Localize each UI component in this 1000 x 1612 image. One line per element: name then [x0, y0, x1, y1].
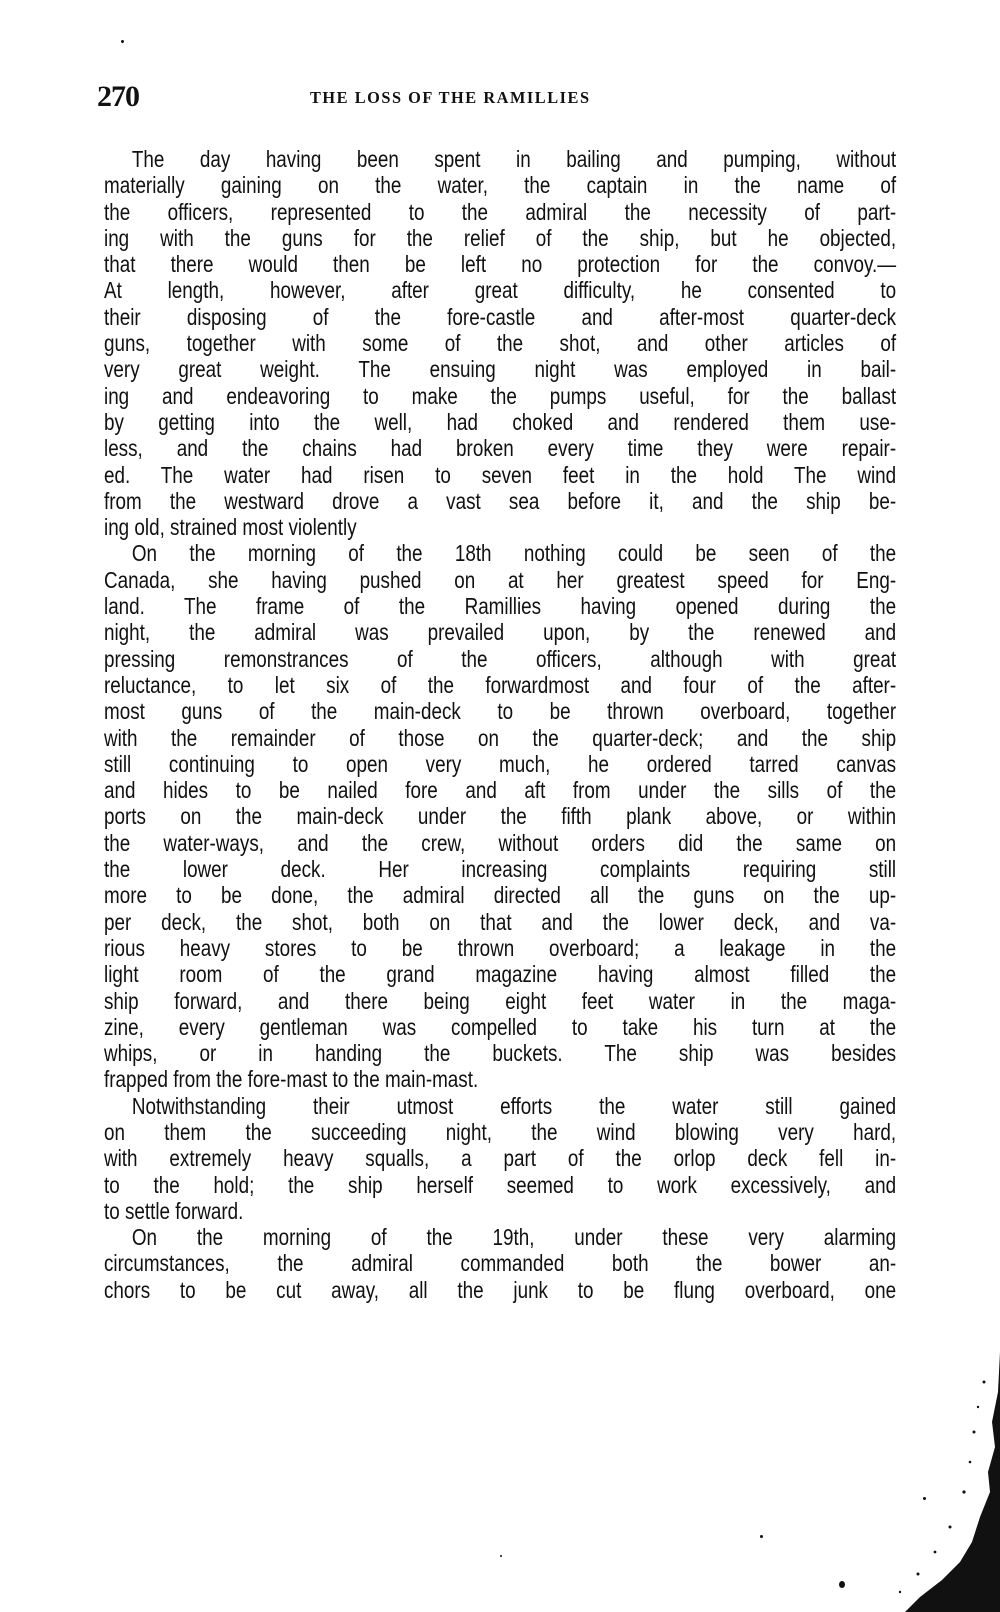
text-line: ship forward, and there being eight feet… [104, 988, 896, 1014]
text-line: land. The frame of the Ramillies having … [104, 593, 896, 619]
text-line: At length, however, after great difficul… [104, 277, 896, 303]
text-line: reluctance, to let six of the forwardmos… [104, 672, 896, 698]
text-line: the water-ways, and the crew, without or… [104, 830, 896, 856]
text-line: On the morning of the 19th, under these … [104, 1224, 896, 1250]
text-line: ports on the main-deck under the fifth p… [104, 803, 896, 829]
running-title: THE LOSS OF THE RAMILLIES [310, 86, 591, 110]
text-line: to the hold; the ship herself seemed to … [104, 1172, 896, 1198]
text-line: more to be done, the admiral directed al… [104, 882, 896, 908]
text-line: night, the admiral was prevailed upon, b… [104, 619, 896, 645]
text-line: from the westward drove a vast sea befor… [104, 488, 896, 514]
text-line: guns, together with some of the shot, an… [104, 330, 896, 356]
text-line: and hides to be nailed fore and aft from… [104, 777, 896, 803]
text-line: on them the succeeding night, the wind b… [104, 1119, 896, 1145]
text-line: Notwithstanding their utmost efforts the… [104, 1093, 896, 1119]
scan-edge-shadow [880, 1352, 1000, 1612]
text-line: pressing remonstrances of the officers, … [104, 646, 896, 672]
text-line: per deck, the shot, both on that and the… [104, 909, 896, 935]
text-line: less, and the chains had broken every ti… [104, 435, 896, 461]
text-line: materially gaining on the water, the cap… [104, 172, 896, 198]
text-line: the officers, represented to the admiral… [104, 199, 896, 225]
text-line: rious heavy stores to be thrown overboar… [104, 935, 896, 961]
text-line: whips, or in handing the buckets. The sh… [104, 1040, 896, 1066]
scan-speck [839, 1581, 845, 1588]
text-line: with extremely heavy squalls, a part of … [104, 1145, 896, 1171]
scan-speck [121, 40, 124, 43]
text-line: ed. The water had risen to seven feet in… [104, 462, 896, 488]
text-line: Canada, she having pushed on at her grea… [104, 567, 896, 593]
running-head: 270 THE LOSS OF THE RAMILLIES [97, 80, 897, 114]
text-line: by getting into the well, had choked and… [104, 409, 896, 435]
text-line: circumstances, the admiral commanded bot… [104, 1250, 896, 1276]
text-line: ing and endeavoring to make the pumps us… [104, 383, 896, 409]
text-line: On the morning of the 18th nothing could… [104, 540, 896, 566]
text-line: chors to be cut away, all the junk to be… [104, 1277, 896, 1303]
book-page: 270 THE LOSS OF THE RAMILLIES The day ha… [0, 0, 1000, 1612]
text-line: the lower deck. Her increasing complaint… [104, 856, 896, 882]
text-line: to settle forward. [104, 1198, 896, 1224]
text-line: their disposing of the fore-castle and a… [104, 304, 896, 330]
text-line: The day having been spent in bailing and… [104, 146, 896, 172]
text-line: frapped from the fore-mast to the main-m… [104, 1066, 896, 1092]
text-line: ing old, strained most violently [104, 514, 896, 540]
text-line: still continuing to open very much, he o… [104, 751, 896, 777]
scan-speck [500, 1555, 502, 1557]
text-line: very great weight. The ensuing night was… [104, 356, 896, 382]
text-line: light room of the grand magazine having … [104, 961, 896, 987]
text-line: ing with the guns for the relief of the … [104, 225, 896, 251]
text-line: with the remainder of those on the quart… [104, 725, 896, 751]
text-line: zine, every gentleman was compelled to t… [104, 1014, 896, 1040]
body-text: The day having been spent in bailing and… [104, 146, 896, 1303]
text-line: most guns of the main-deck to be thrown … [104, 698, 896, 724]
text-line: that there would then be left no protect… [104, 251, 896, 277]
page-number: 270 [97, 80, 139, 114]
scan-speck [760, 1535, 763, 1538]
